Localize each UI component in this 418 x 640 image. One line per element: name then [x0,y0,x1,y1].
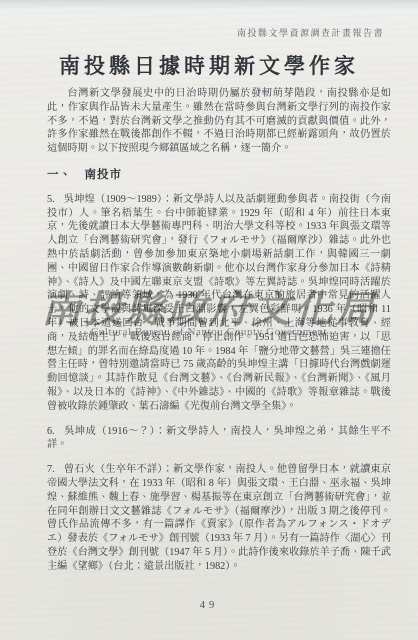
page-number: 49 [0,600,418,611]
entry-text: 吳坤成（1916～？）：新文學詩人，南投人，吳坤煌之弟，其餘生平不詳。 [47,426,391,451]
entry-number: 6. [47,426,64,437]
scanned-document-page: 南投縣文學資源調查計畫報告書 南投縣日據時期新文學作家 台灣新文學發展史中的日治… [0,0,418,640]
intro-paragraph: 台灣新文學發展史中的日治時期仍屬於發軔萌芽階段，南投縣亦是如此，作家與作品皆未大… [47,87,391,156]
body-content: 台灣新文學發展史中的日治時期仍屬於發軔萌芽階段，南投縣亦是如此，作家與作品皆未大… [47,87,391,585]
author-entry: 7.曾石火（生卒年不詳）：新文學作家，南投人。他曾留學日本，就讀東京帝國大學法文… [47,463,391,573]
section-heading: 一、 南投市 [47,169,391,183]
running-header: 南投縣文學資源調查計畫報告書 [237,26,384,39]
author-entry: 6.吳坤成（1916～？）：新文學詩人，南投人，吳坤煌之弟，其餘生平不詳。 [47,425,391,453]
entry-number: 5. [47,194,64,205]
author-entry: 5.吳坤煌（1909～1989）：新文學詩人以及話劇運動參與者。南投街（今南投市… [47,193,391,414]
entry-text: 曾石火（生卒年不詳）：新文學作家，南投人。他曾留學日本，就讀東京帝國大學法文科，… [47,464,391,572]
page-title: 南投縣日據時期新文學作家 [0,50,418,80]
entry-number: 7. [47,464,64,475]
entry-text: 吳坤煌（1909～1989）：新文學詩人以及話劇運動參與者。南投街（今南投市）人… [47,194,391,412]
